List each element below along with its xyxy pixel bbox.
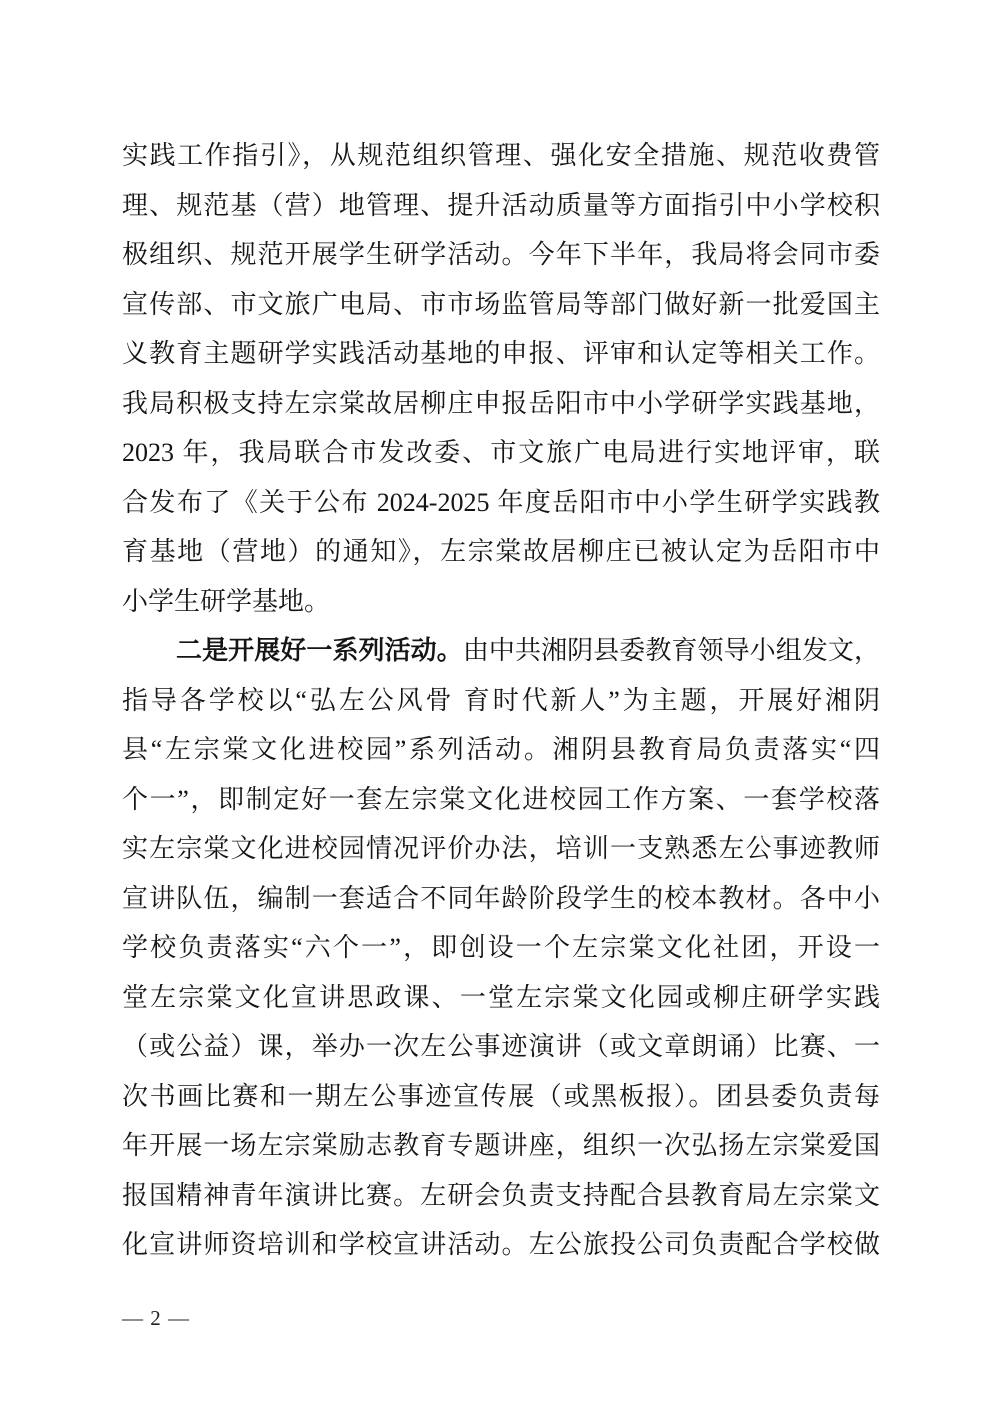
text-run: 义教育主题研学实践活动基地的申报、评审和认定等相关工作。: [122, 339, 880, 368]
text-line: 报国精神青年演讲比赛。左研会负责支持配合县教育局左宗棠文: [122, 1171, 880, 1221]
text-line: 二是开展好一系列活动。由中共湘阴县委教育领导小组发文，: [122, 626, 880, 676]
bold-run: 二是开展好一系列活动。: [176, 636, 463, 665]
text-line: 极组织、规范开展学生研学活动。今年下半年，我局将会同市委: [122, 230, 880, 280]
text-run: 次书画比赛和一期左公事迹宣传展（或黑板报）。团县委负责每: [122, 1082, 880, 1111]
text-line: 实左宗棠文化进校园情况评价办法，培训一支熟悉左公事迹教师: [122, 824, 880, 874]
text-line: 宣传部、市文旅广电局、市市场监管局等部门做好新一批爱国主: [122, 280, 880, 330]
text-line: 育基地（营地）的通知》，左宗棠故居柳庄已被认定为岳阳市中: [122, 527, 880, 577]
text-run: 堂左宗棠文化宣讲思政课、一堂左宗棠文化园或柳庄研学实践: [122, 983, 880, 1012]
document-body: 实践工作指引》，从规范组织管理、强化安全措施、规范收费管理、规范基（营）地管理、…: [122, 131, 880, 1270]
text-run: 极组织、规范开展学生研学活动。今年下半年，我局将会同市委: [122, 240, 880, 269]
text-run: 县“左宗棠文化进校园”系列活动。湘阴县教育局负责落实“四: [122, 735, 880, 764]
text-run: 宣讲队伍，编制一套适合不同年龄阶段学生的校本教材。各中小: [122, 884, 880, 913]
text-line: 堂左宗棠文化宣讲思政课、一堂左宗棠文化园或柳庄研学实践: [122, 973, 880, 1023]
text-line: 化宣讲师资培训和学校宣讲活动。左公旅投公司负责配合学校做: [122, 1220, 880, 1270]
text-run: 实左宗棠文化进校园情况评价办法，培训一支熟悉左公事迹教师: [122, 834, 880, 863]
text-line: 合发布了《关于公布 2024-2025 年度岳阳市中小学生研学实践教: [122, 478, 880, 528]
text-line: 义教育主题研学实践活动基地的申报、评审和认定等相关工作。: [122, 329, 880, 379]
text-line: 宣讲队伍，编制一套适合不同年龄阶段学生的校本教材。各中小: [122, 874, 880, 924]
text-run: 2023 年，我局联合市发改委、市文旅广电局进行实地评审，联: [122, 438, 880, 467]
text-run: 由中共湘阴县委教育领导小组发文，: [463, 636, 880, 665]
page-number: — 2 —: [122, 1303, 190, 1333]
text-line: 小学生研学基地。: [122, 577, 880, 627]
text-run: 小学生研学基地。: [122, 587, 330, 616]
text-line: 指导各学校以“弘左公风骨 育时代新人”为主题，开展好湘阴: [122, 676, 880, 726]
text-run: 育基地（营地）的通知》，左宗棠故居柳庄已被认定为岳阳市中: [122, 537, 880, 566]
text-run: 宣传部、市文旅广电局、市市场监管局等部门做好新一批爱国主: [122, 290, 880, 319]
text-run: 指导各学校以“弘左公风骨 育时代新人”为主题，开展好湘阴: [122, 686, 880, 715]
text-line: （或公益）课，举办一次左公事迹演讲（或文章朗诵）比赛、一: [122, 1022, 880, 1072]
text-run: 年开展一场左宗棠励志教育专题讲座，组织一次弘扬左宗棠爱国: [122, 1131, 880, 1160]
text-line: 学校负责落实“六个一”，即创设一个左宗棠文化社团，开设一: [122, 923, 880, 973]
text-run: 学校负责落实“六个一”，即创设一个左宗棠文化社团，开设一: [122, 933, 880, 962]
document-page: 实践工作指引》，从规范组织管理、强化安全措施、规范收费管理、规范基（营）地管理、…: [0, 0, 1000, 1414]
text-run: 实践工作指引》，从规范组织管理、强化安全措施、规范收费管: [122, 141, 880, 170]
text-line: 理、规范基（营）地管理、提升活动质量等方面指引中小学校积: [122, 181, 880, 231]
text-run: 个一”，即制定好一套左宗棠文化进校园工作方案、一套学校落: [122, 785, 880, 814]
text-line: 年开展一场左宗棠励志教育专题讲座，组织一次弘扬左宗棠爱国: [122, 1121, 880, 1171]
text-line: 县“左宗棠文化进校园”系列活动。湘阴县教育局负责落实“四: [122, 725, 880, 775]
text-run: 报国精神青年演讲比赛。左研会负责支持配合县教育局左宗棠文: [122, 1181, 880, 1210]
text-run: 合发布了《关于公布 2024-2025 年度岳阳市中小学生研学实践教: [122, 488, 880, 517]
text-line: 个一”，即制定好一套左宗棠文化进校园工作方案、一套学校落: [122, 775, 880, 825]
text-line: 我局积极支持左宗棠故居柳庄申报岳阳市中小学研学实践基地，: [122, 379, 880, 429]
text-run: 理、规范基（营）地管理、提升活动质量等方面指引中小学校积: [122, 191, 880, 220]
text-run: 我局积极支持左宗棠故居柳庄申报岳阳市中小学研学实践基地，: [122, 389, 880, 418]
text-line: 次书画比赛和一期左公事迹宣传展（或黑板报）。团县委负责每: [122, 1072, 880, 1122]
text-line: 2023 年，我局联合市发改委、市文旅广电局进行实地评审，联: [122, 428, 880, 478]
text-line: 实践工作指引》，从规范组织管理、强化安全措施、规范收费管: [122, 131, 880, 181]
text-run: （或公益）课，举办一次左公事迹演讲（或文章朗诵）比赛、一: [122, 1032, 880, 1061]
text-run: 化宣讲师资培训和学校宣讲活动。左公旅投公司负责配合学校做: [122, 1230, 880, 1259]
